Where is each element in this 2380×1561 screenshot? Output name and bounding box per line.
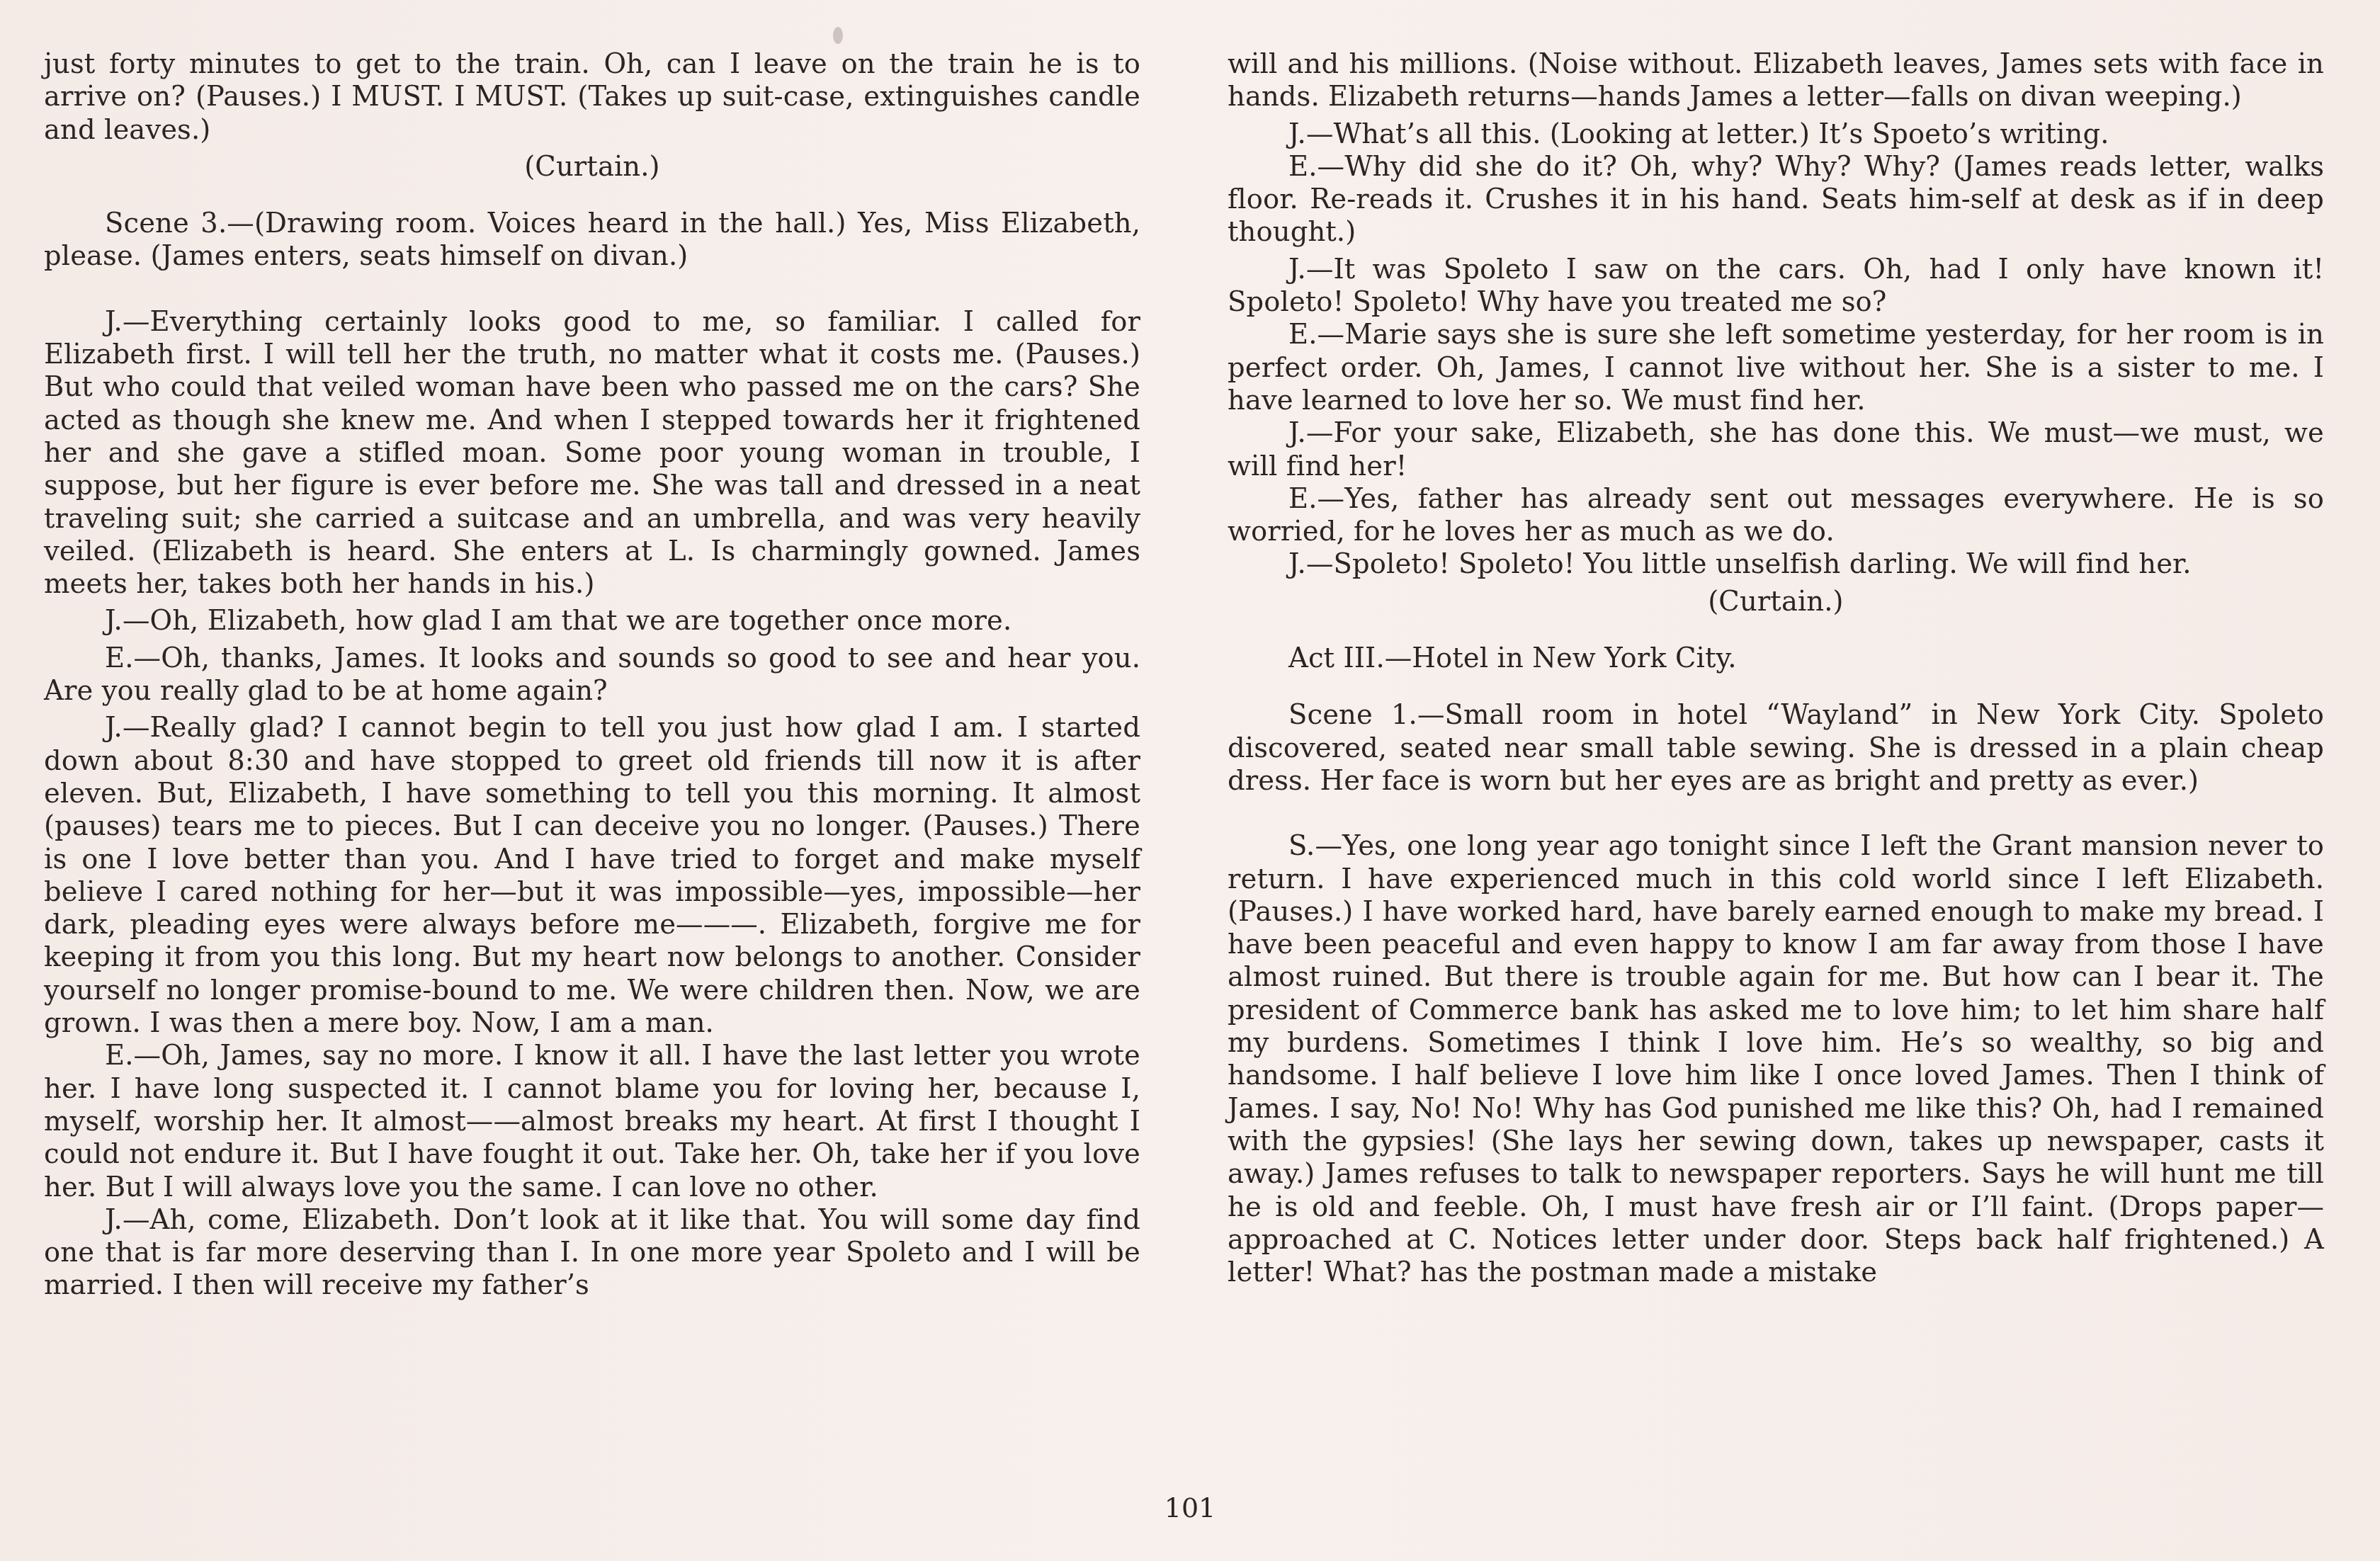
curtain-direction: (Curtain.) bbox=[44, 151, 1140, 183]
page-number: 101 bbox=[0, 1492, 2380, 1523]
dialogue-james: J.—Spoleto! Spoleto! You little unselfis… bbox=[1228, 548, 2324, 581]
scene-heading: Scene 3.—(Drawing room. Voices heard in … bbox=[44, 208, 1140, 273]
dialogue-spoleto: S.—Yes, one long year ago tonight since … bbox=[1228, 830, 2324, 1289]
curtain-direction: (Curtain.) bbox=[1228, 586, 2324, 618]
dialogue-james: J.—Ah, come, Elizabeth. Don’t look at it… bbox=[44, 1204, 1140, 1302]
paragraph-continuation: just forty minutes to get to the train. … bbox=[44, 48, 1140, 147]
dialogue-elizabeth: E.—Oh, thanks, James. It looks and sound… bbox=[44, 642, 1140, 708]
act-heading: Act III.—Hotel in New York City. bbox=[1228, 642, 2324, 675]
paper-speck bbox=[833, 27, 843, 44]
dialogue-elizabeth: E.—Why did she do it? Oh, why? Why? Why?… bbox=[1228, 151, 2324, 249]
dialogue-james: J.—Everything certainly looks good to me… bbox=[44, 306, 1140, 601]
scene-heading: Scene 1.—Small room in hotel “Wayland” i… bbox=[1228, 699, 2324, 797]
paragraph-continuation: will and his millions. (Noise without. E… bbox=[1228, 48, 2324, 114]
dialogue-james: J.—It was Spoleto I saw on the cars. Oh,… bbox=[1228, 254, 2324, 319]
dialogue-james: J.—Really glad? I cannot begin to tell y… bbox=[44, 712, 1140, 1040]
dialogue-james: J.—For your sake, Elizabeth, she has don… bbox=[1228, 417, 2324, 483]
dialogue-james: J.—Oh, Elizabeth, how glad I am that we … bbox=[44, 605, 1140, 637]
dialogue-elizabeth: E.—Oh, James, say no more. I know it all… bbox=[44, 1040, 1140, 1203]
dialogue-elizabeth: E.—Yes, father has already sent out mess… bbox=[1228, 483, 2324, 549]
dialogue-elizabeth: E.—Marie says she is sure she left somet… bbox=[1228, 319, 2324, 417]
dialogue-james: J.—What’s all this. (Looking at letter.)… bbox=[1228, 118, 2324, 151]
left-column: just forty minutes to get to the train. … bbox=[44, 48, 1140, 1302]
right-column: will and his millions. (Noise without. E… bbox=[1228, 48, 2324, 1289]
book-page: just forty minutes to get to the train. … bbox=[0, 0, 2380, 1561]
